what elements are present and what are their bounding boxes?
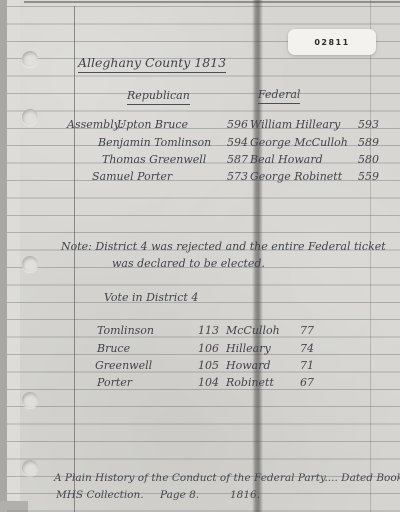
citation-line-1: A Plain History of the Conduct of the Fe… — [54, 472, 400, 485]
republican-candidate-name: Porter — [97, 376, 132, 389]
federal-candidate-name: Howard — [226, 359, 271, 372]
republican-candidate-name: Tomlinson — [97, 324, 154, 337]
photocopy-left-edge — [0, 0, 7, 512]
federal-vote-count: 580 — [358, 153, 379, 166]
citation-page: Page 8. — [160, 489, 199, 502]
republican-candidate-name: Upton Bruce — [117, 118, 188, 131]
republican-candidate-name: Thomas Greenwell — [102, 153, 206, 166]
federal-vote-count: 589 — [358, 136, 379, 149]
republican-vote-count: 104 — [198, 376, 219, 389]
district-row: Porter 104 Robinett 67 — [0, 376, 400, 390]
assembly-row: Benjamin Tomlinson 594 George McCulloh 5… — [0, 136, 400, 150]
punch-hole — [22, 460, 38, 476]
note-line-1: Note: District 4 was rejected and the en… — [61, 240, 386, 253]
column-header-republican: Republican — [127, 89, 190, 105]
republican-candidate-name: Greenwell — [95, 359, 152, 372]
district-row: Bruce 106 Hilleary 74 — [0, 342, 400, 356]
catalog-number-sticker: 02811 — [288, 29, 376, 55]
federal-vote-count: 74 — [300, 342, 314, 355]
citation-year: 1816. — [230, 489, 260, 502]
federal-candidate-name: McCulloh — [226, 324, 280, 337]
federal-vote-count: 559 — [358, 170, 379, 183]
right-rule-line — [370, 0, 371, 512]
federal-vote-count: 77 — [300, 324, 314, 337]
federal-candidate-name: Hilleary — [226, 342, 271, 355]
punch-hole — [22, 256, 38, 272]
federal-vote-count: 593 — [358, 118, 379, 131]
citation-collection: MHS Collection. — [56, 489, 144, 502]
federal-candidate-name: William Hilleary — [250, 118, 340, 131]
page-title: Alleghany County 1813 — [78, 56, 226, 73]
federal-vote-count: 71 — [300, 359, 314, 372]
assembly-row: Thomas Greenwell 587 Beal Howard 580 — [0, 153, 400, 167]
federal-candidate-name: George Robinett — [250, 170, 342, 183]
page-fold-shadow — [252, 0, 263, 512]
republican-candidate-name: Bruce — [97, 342, 130, 355]
republican-vote-count: 106 — [198, 342, 219, 355]
republican-vote-count: 587 — [227, 153, 248, 166]
margin-line — [74, 6, 75, 512]
federal-candidate-name: George McCulloh — [250, 136, 348, 149]
district-row: Greenwell 105 Howard 71 — [0, 359, 400, 373]
republican-candidate-name: Benjamin Tomlinson — [98, 136, 211, 149]
punch-hole — [22, 392, 38, 408]
republican-vote-count: 594 — [227, 136, 248, 149]
assembly-row: Assembly: Upton Bruce 596 William Hillea… — [0, 118, 400, 132]
federal-vote-count: 67 — [300, 376, 314, 389]
assembly-label: Assembly: — [67, 118, 124, 131]
section-heading-district-4: Vote in District 4 — [104, 291, 198, 304]
federal-candidate-name: Robinett — [226, 376, 274, 389]
note-line-2: was declared to be elected. — [112, 257, 265, 270]
republican-candidate-name: Samuel Porter — [92, 170, 172, 183]
photocopy-top-edge — [24, 1, 400, 3]
republican-vote-count: 573 — [227, 170, 248, 183]
district-row: Tomlinson 113 McCulloh 77 — [0, 324, 400, 338]
assembly-row: Samuel Porter 573 George Robinett 559 — [0, 170, 400, 184]
catalog-number: 02811 — [314, 38, 349, 47]
scanned-page: 02811 Alleghany County 1813 Republican F… — [0, 0, 400, 512]
republican-vote-count: 105 — [198, 359, 219, 372]
republican-vote-count: 113 — [198, 324, 219, 337]
citation-line-2: MHS Collection. Page 8. 1816. — [0, 489, 400, 503]
punch-hole — [22, 51, 38, 67]
federal-candidate-name: Beal Howard — [250, 153, 323, 166]
column-header-federal: Federal — [258, 88, 300, 104]
republican-vote-count: 596 — [227, 118, 248, 131]
